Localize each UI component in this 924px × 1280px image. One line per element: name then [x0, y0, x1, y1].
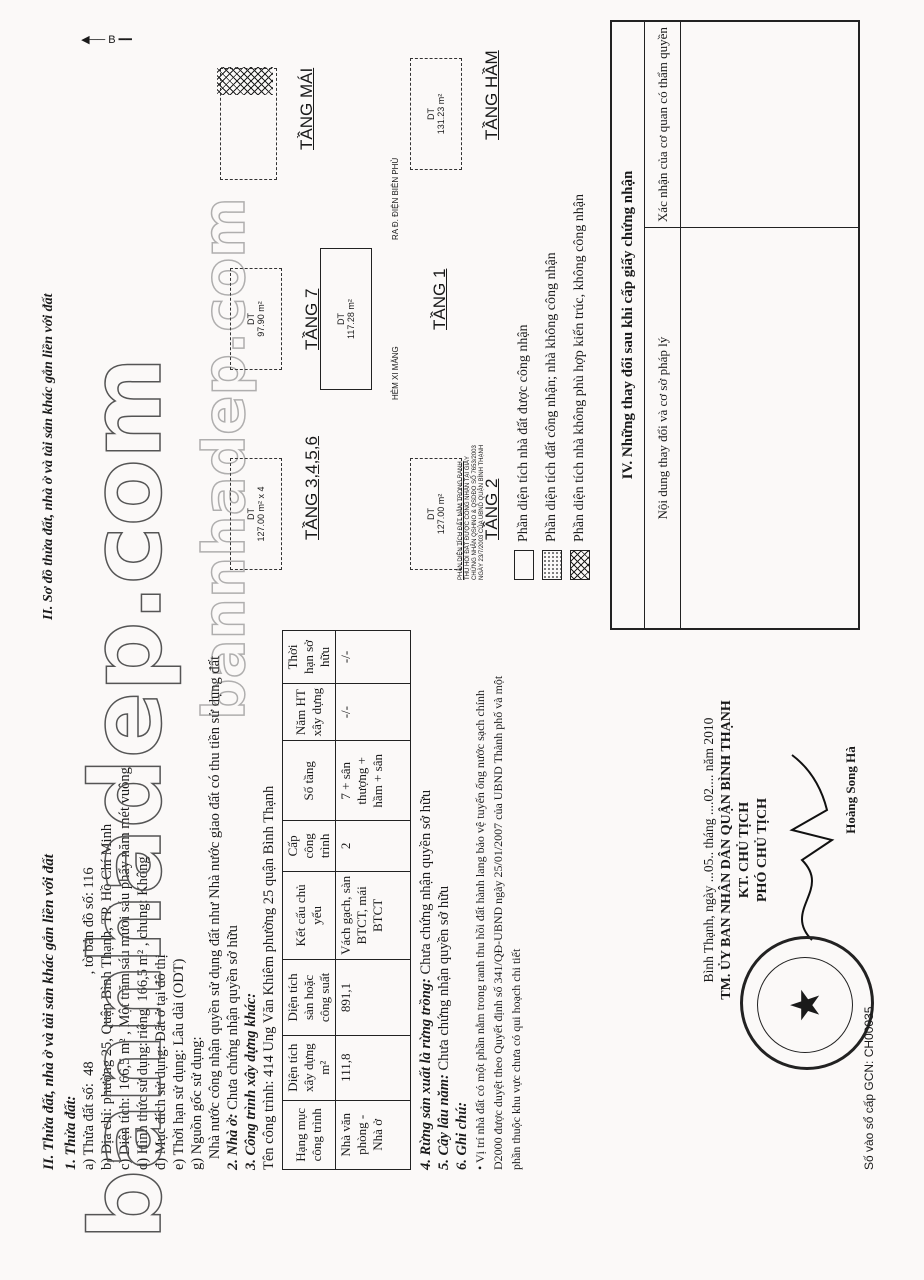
works-name: Tên công trình: 414 Ung Văn Khiêm phường… — [260, 630, 278, 1170]
trees-value: Chưa chứng nhận quyền sở hữu — [436, 886, 452, 1074]
plan-name: DT — [426, 108, 436, 120]
floor-plan: DT131.23 m² — [410, 58, 462, 170]
legend-swatch-cross-icon — [570, 550, 590, 580]
changes-cell — [681, 21, 860, 228]
house-value: Chưa chứng nhận quyền sở hữu — [225, 925, 241, 1113]
table-header: Kết cấu chủ yếu — [283, 871, 336, 960]
table-row: Nhà văn phòng - Nhà ở111,8891,1Vách gạch… — [336, 631, 411, 1170]
sign-org: TM. ỦY BAN NHÂN DÂN QUẬN BÌNH THẠNH — [718, 680, 736, 1020]
changes-cell — [681, 228, 860, 629]
registry-number: Số vào sổ cấp GCN: CH00035 — [860, 1007, 878, 1170]
construction-table: Hạng mục công trìnhDiện tích xây dựng m²… — [282, 630, 411, 1170]
diagram-title: II. Sơ đồ thửa đất, nhà ở và tài sản khá… — [40, 20, 58, 620]
floor-label: TẦNG MÁI — [297, 68, 317, 150]
legend-item: Phần diện tích nhà không phù hợp kiến tr… — [566, 194, 594, 580]
table-header: Số tầng — [283, 741, 336, 821]
table-header: Diện tích sàn hoặc công suất — [283, 960, 336, 1036]
street-label: RA Đ. ĐIỆN BIÊN PHỦ — [392, 158, 399, 240]
trees-label: 5. Cây lâu năm: — [436, 1074, 452, 1170]
floor-label: TẦNG HẦM — [482, 50, 502, 140]
hatch-icon — [217, 67, 273, 95]
plan-area: 117.28 m² — [346, 299, 356, 339]
plan-name: DT — [336, 313, 346, 325]
forest-value: Chưa chứng nhận quyền sở hữu — [418, 790, 434, 978]
table-cell: 111,8 — [336, 1035, 411, 1100]
signer-name: Hoàng Song Hà — [842, 680, 860, 900]
watermark-bold: bannhadep.com — [70, 357, 184, 1240]
watermark-light: bannhadep.com — [190, 197, 258, 720]
changes-table: IV. Những thay đổi sau khi cấp giấy chứn… — [610, 20, 860, 630]
table-header: Cấp công trình — [283, 821, 336, 871]
legend-item: Phần diện tích nhà đất được công nhận — [510, 194, 538, 580]
certificate-page: II. Thửa đất, nhà ở và tài sản khác gắn … — [0, 0, 924, 1280]
table-cell: 7 + sân thượng + hầm + sân — [336, 741, 411, 821]
legend-text: Phần diện tích nhà không phù hợp kiến tr… — [572, 194, 588, 542]
changes-col-confirm: Xác nhận của cơ quan có thẩm quyền — [645, 21, 681, 228]
ground-note: PHẦN DIỆN TÍCH ĐẤT NẰM TRONG RANHTHU HỒI… — [458, 445, 486, 580]
house-label: 2. Nhà ở: — [225, 1113, 241, 1170]
note-line: • Vị trí nhà đất có một phần nằm trong r… — [471, 630, 489, 1170]
table-header: Diện tích xây dựng m² — [283, 1035, 336, 1100]
ground-note-line: THU HỒI ĐẤT ĐƯỢC CÔNG NHẬN TẠI GIẤY — [465, 445, 472, 580]
notes-label: 6. Ghi chú: — [453, 630, 471, 1170]
floor-plan: DT127.00 m² — [410, 458, 462, 570]
note-line: phần thuộc khu vực chưa có qui hoạch chi… — [507, 630, 525, 1170]
table-header: Thời hạn sở hữu — [283, 631, 336, 684]
table-header: Hạng mục công trình — [283, 1100, 336, 1169]
official-seal-icon: ★ — [740, 936, 874, 1070]
table-cell: Nhà văn phòng - Nhà ở — [336, 1100, 411, 1169]
legend-text: Phần diện tích nhà đất được công nhận — [516, 324, 532, 542]
floor-plan: DT117.28 m² — [320, 248, 372, 390]
floor-label: TẦNG 7 — [302, 289, 322, 350]
table-header: Năm HT xây dựng — [283, 683, 336, 741]
plan-area: 127.00 m² — [436, 494, 446, 535]
plan-area: 131.23 m² — [436, 94, 446, 135]
legend-text: Phần diện tích đất công nhận; nhà không … — [544, 252, 560, 542]
ground-note-line: CHỨNG NHẬN QSHNO & QSDĐO SỐ 7653/2003 — [472, 445, 479, 580]
table-cell: -/- — [336, 631, 411, 684]
forest-label: 4. Rừng sản xuất là rừng trồng: — [418, 978, 434, 1170]
changes-title: IV. Những thay đổi sau khi cấp giấy chứn… — [611, 21, 645, 629]
plan-name: DT — [426, 508, 436, 520]
street-label: HẺM XI MĂNG — [392, 346, 399, 400]
section-title: II. Thửa đất, nhà ở và tài sản khác gắn … — [40, 630, 58, 1170]
legend: Phần diện tích nhà đất được công nhậnPhầ… — [510, 194, 594, 580]
floor-label: TẦNG 3,4,5,6 — [302, 436, 322, 540]
changes-col-content: Nội dung thay đổi và cơ sở pháp lý — [645, 228, 681, 629]
ground-note-line: PHẦN DIỆN TÍCH ĐẤT NẰM TRONG RANH — [458, 445, 465, 580]
floor-plan — [220, 68, 277, 180]
note-line: D2000 được duyệt theo Quyết định số 341/… — [489, 630, 507, 1170]
legend-item: Phần diện tích đất công nhận; nhà không … — [538, 194, 566, 580]
notes-text: • Vị trí nhà đất có một phần nằm trong r… — [471, 630, 525, 1170]
floor-label: TẦNG 1 — [430, 269, 450, 330]
table-cell: Vách gạch, sàn BTCT, mái BTCT — [336, 871, 411, 960]
signature-icon — [772, 750, 842, 950]
sign-date: Bình Thạnh, ngày ...05.. tháng ....02...… — [700, 680, 718, 1020]
table-cell: 2 — [336, 821, 411, 871]
legend-swatch-blank-icon — [514, 550, 534, 580]
table-cell: -/- — [336, 683, 411, 741]
legend-swatch-dots-icon — [542, 550, 562, 580]
table-cell: 891,1 — [336, 960, 411, 1036]
ground-note-line: NGÀY 23/7/2003 CỦA UBND QUẬN BÌNH THẠNH — [479, 445, 486, 580]
